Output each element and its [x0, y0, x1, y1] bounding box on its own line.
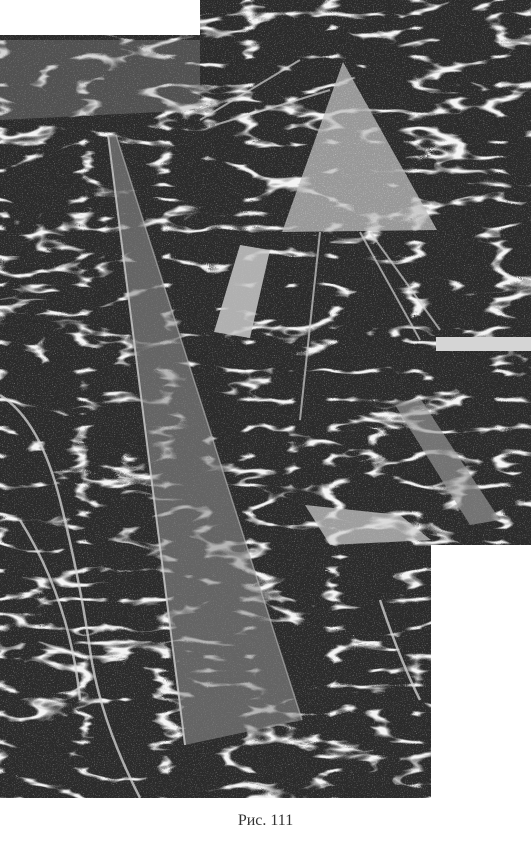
figure-caption: Рис. 111 [0, 812, 531, 830]
aerial-photo-collage [0, 0, 531, 798]
horizontal-bar-marking [436, 337, 531, 351]
